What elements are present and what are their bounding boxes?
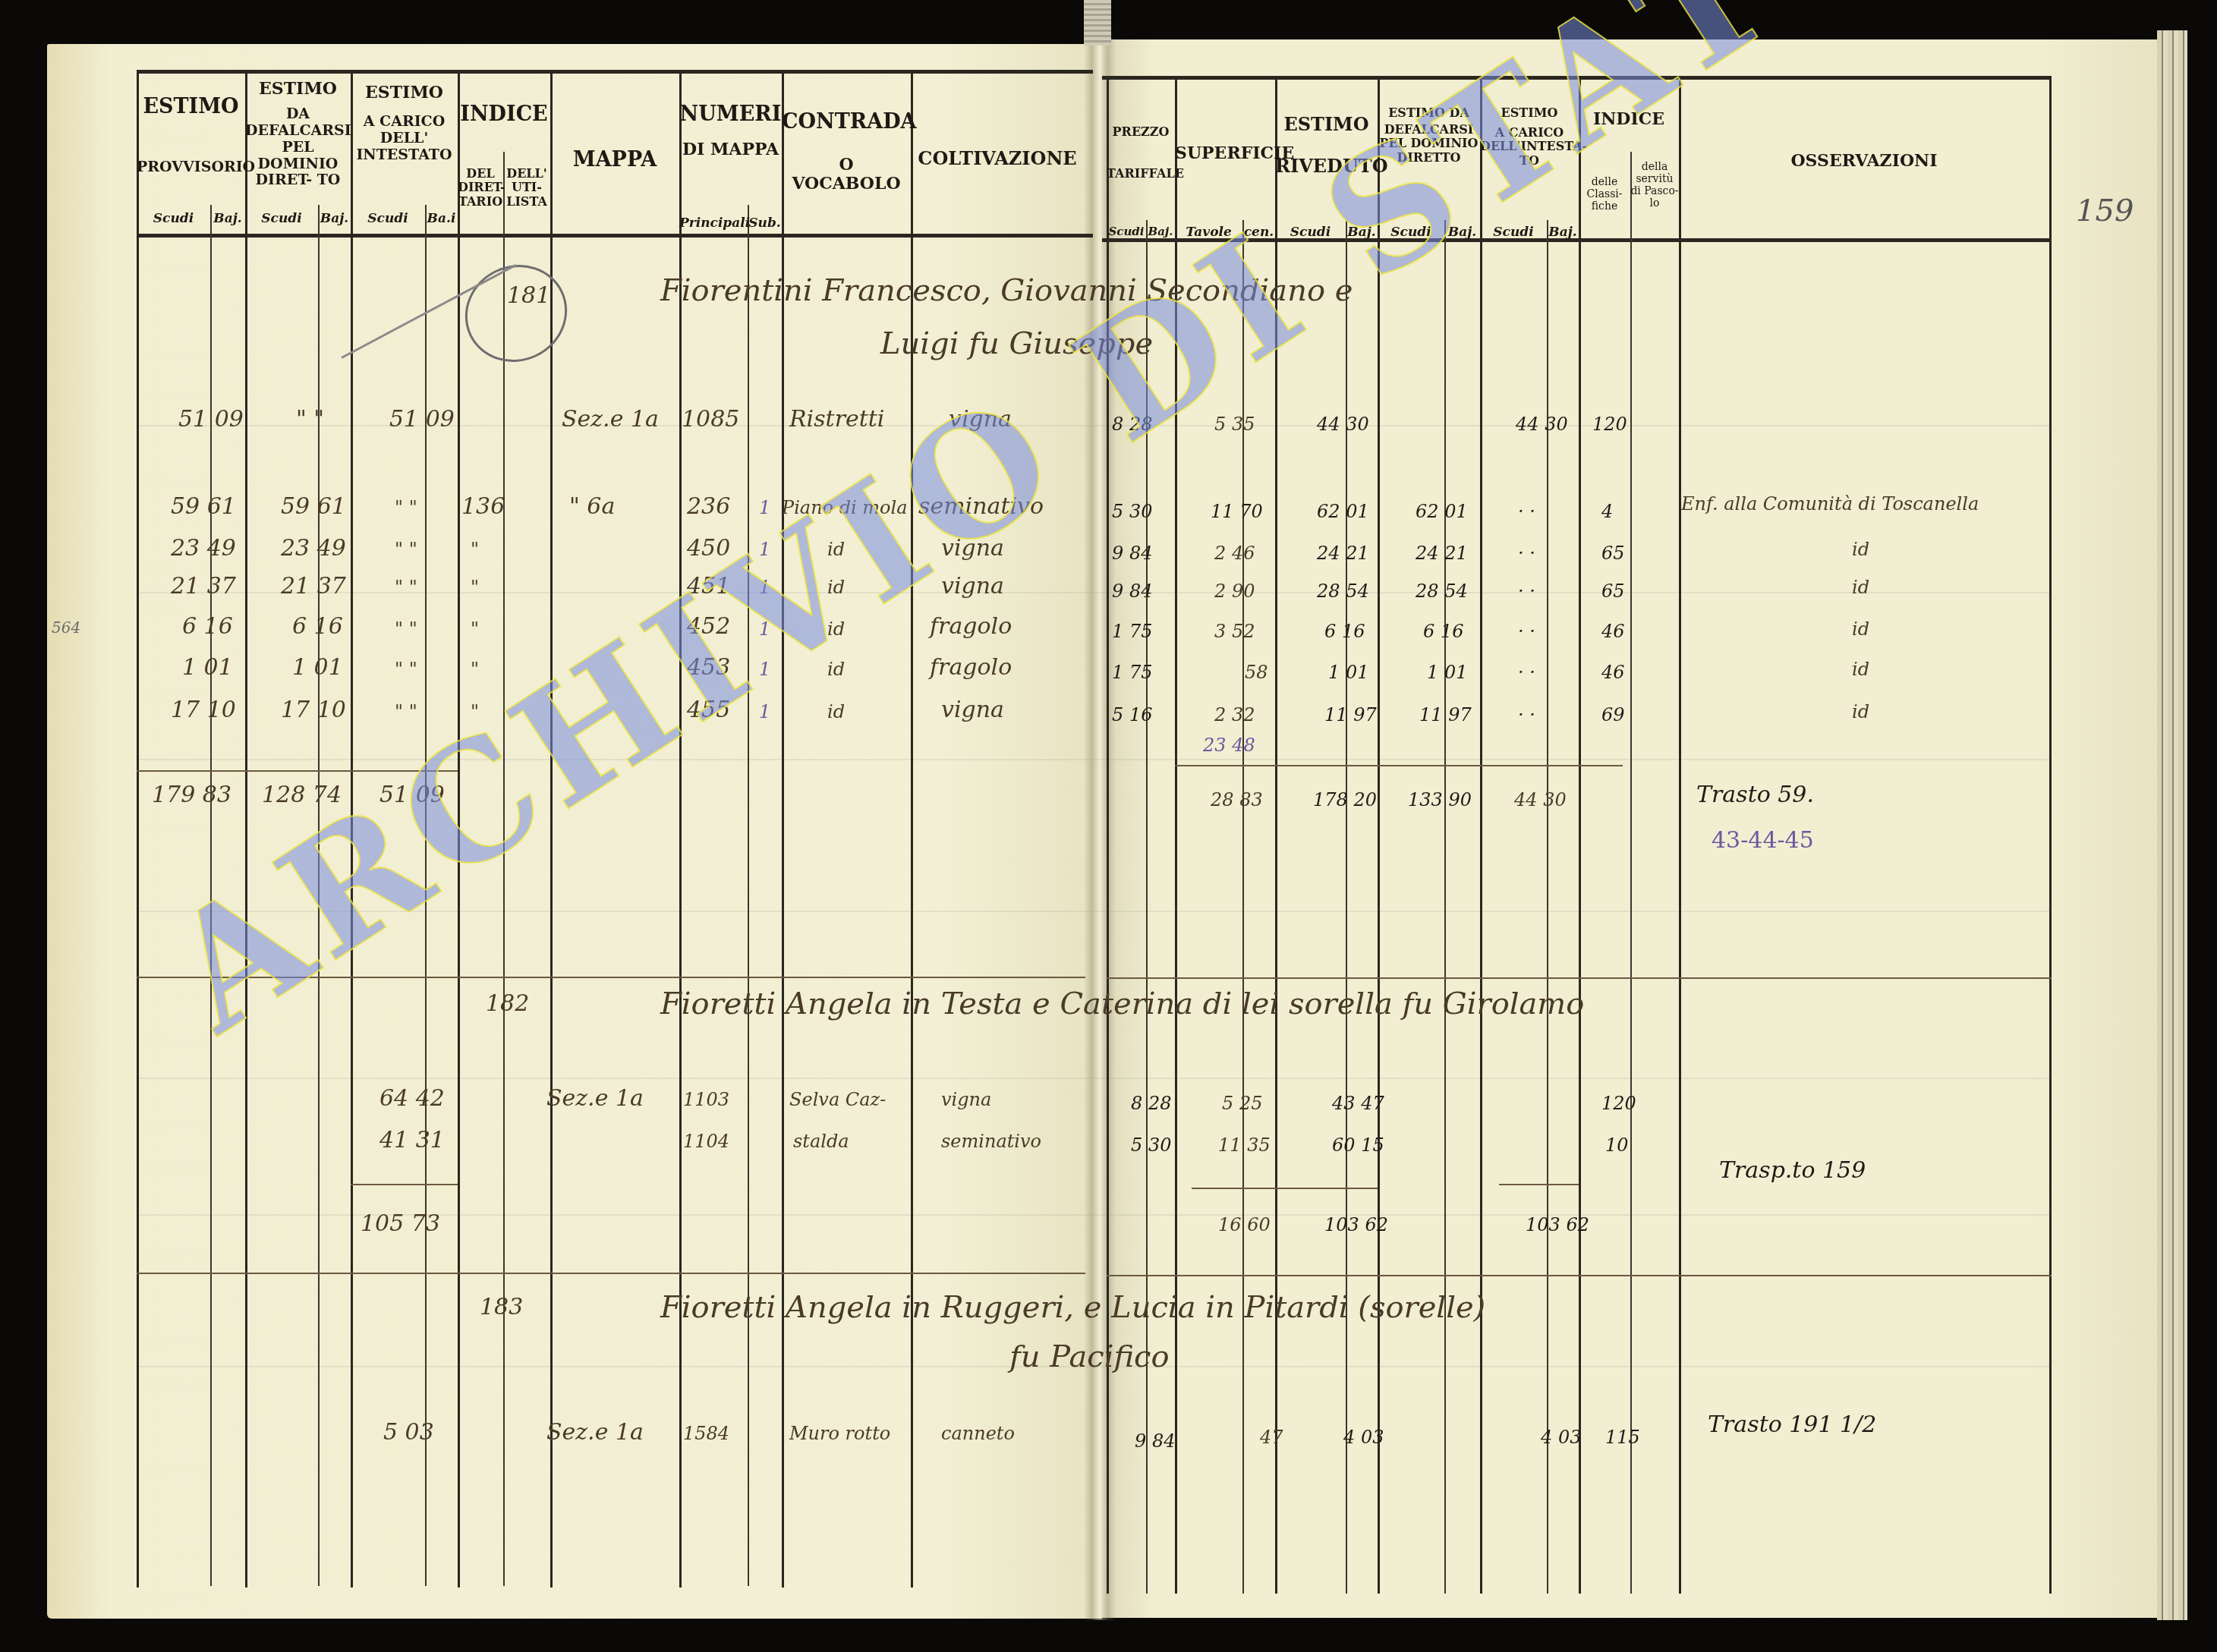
cell-mappa: Sez.e 1a (562, 406, 659, 433)
cell-estimo-dominio: 6 16 (1423, 621, 1463, 642)
cell-estimo-intestato: 4 03 (1541, 1427, 1581, 1448)
subcol-scudi: Scudi (1378, 225, 1444, 240)
cell-contrada: id (827, 577, 845, 598)
subcol-dell-utilista: DELL' UTI- LISTA (503, 167, 550, 209)
col-estimo-carico-subtitle: A CARICO DELL' INTESTATO (351, 114, 458, 164)
subcol-baj: Baj. (318, 211, 351, 226)
subcol-scudi: Scudi (1480, 225, 1547, 240)
cell-principali: 451 (687, 573, 730, 599)
subcol-scudi: Scudi (1107, 225, 1146, 238)
cell-estimo-riveduto: 44 30 (1317, 414, 1369, 435)
total-estimo-provvisorio: 179 83 (152, 782, 231, 808)
cell-estimo-carico: " " (395, 577, 417, 598)
cell-estimo-dominio: 1 01 (1427, 662, 1467, 683)
cell-estimo-riveduto: 24 21 (1317, 543, 1369, 564)
cell-sub: 1 (759, 577, 770, 598)
cell-estimo-provvisorio: 59 61 (171, 493, 236, 520)
cell-estimo-carico: " " (395, 539, 417, 560)
cell-principali: 1104 (683, 1131, 729, 1152)
cell-superficie: 11 70 (1211, 501, 1263, 522)
entry-divider (1107, 1275, 2052, 1276)
cell-superficie: 11 35 (1218, 1134, 1271, 1156)
cell-estimo-intestato: · · (1518, 704, 1535, 725)
cell-estimo-riveduto: 11 97 (1324, 704, 1377, 725)
cell-coltivazione: fragolo (930, 654, 1012, 681)
cell-classifiche: 46 (1601, 621, 1625, 642)
total-estimo-defalcarsi: 128 74 (262, 782, 342, 808)
binding-ribbon (1084, 0, 1111, 46)
cell-mappa: Sez.e 1a (546, 1085, 644, 1112)
cell-estimo-carico: 64 42 (379, 1085, 445, 1112)
cell-estimo-provvisorio: 51 09 (178, 406, 244, 433)
col-numeri-subtitle: DI MAPPA (679, 140, 782, 159)
subcol-scudi: Scudi (351, 211, 425, 226)
col-estimo-intestato-subtitle: A CARICO DELL'INTESTA- TO (1480, 126, 1579, 168)
cell-indice-direttario: 136 (461, 493, 505, 520)
cell-coltivazione: vigna (941, 697, 1004, 723)
col-estimo-dominio-subtitle: DEFALCARSI PEL DOMINIO DIRETTO (1378, 123, 1480, 165)
top-rule-left (137, 70, 1093, 74)
cell-estimo-carico: " " (395, 659, 417, 680)
cell-estimo-riveduto: 28 54 (1317, 581, 1369, 602)
cell-mappa: " 6a (569, 493, 615, 520)
cell-contrada: Piano di mola (782, 497, 908, 518)
cell-sub: 1 (759, 618, 770, 640)
entry-divider (1107, 977, 2052, 979)
cell-superficie: 47 (1260, 1427, 1283, 1448)
cell-coltivazione: seminativo (941, 1131, 1041, 1152)
note-trasporto: Trasto 59. (1696, 782, 1814, 808)
cell-coltivazione: canneto (941, 1423, 1015, 1444)
cell-estimo-defalcarsi: 23 49 (281, 535, 346, 562)
total-estimo-dominio: 133 90 (1408, 789, 1472, 810)
total-estimo-carico: 51 09 (379, 782, 445, 808)
cell-indice-direttario: " (471, 701, 479, 722)
cell-estimo-dominio: 24 21 (1416, 543, 1468, 564)
cell-contrada: id (827, 618, 845, 640)
cell-indice-direttario: " (471, 659, 479, 680)
cell-estimo-carico: 41 31 (379, 1127, 445, 1153)
owner-name: Fiorentini Francesco, Giovanni Secondian… (660, 273, 1353, 308)
col-indice-title: INDICE (458, 102, 550, 126)
cell-principali: 1085 (682, 406, 739, 433)
cell-indice-direttario: " (471, 539, 479, 560)
cell-superficie: 58 (1245, 662, 1268, 683)
cell-sub: 1 (759, 539, 770, 560)
note-trasporto: Trasto 191 1/2 (1708, 1411, 1876, 1438)
entry-number: 181 (507, 282, 550, 309)
owner-name: Fioretti Angela in Testa e Caterina di l… (660, 986, 1584, 1021)
cell-estimo-carico: " " (395, 618, 417, 640)
cell-sub: 1 (759, 497, 770, 518)
subcol-baj: Baj. (1146, 225, 1175, 238)
cell-estimo-dominio: 62 01 (1416, 501, 1468, 522)
cell-estimo-intestato: 44 30 (1516, 414, 1568, 435)
subcol-baj: Baj. (1547, 225, 1579, 240)
cell-estimo-defalcarsi: " " (296, 406, 324, 433)
cell-estimo-riveduto: 6 16 (1324, 621, 1365, 642)
cell-principali: 450 (687, 535, 730, 562)
cell-estimo-defalcarsi: 1 01 (292, 654, 343, 681)
cell-indice-direttario: " (471, 577, 479, 598)
cell-classifiche: 120 (1601, 1093, 1636, 1114)
cell-estimo-carico: 5 03 (383, 1419, 434, 1446)
total-superficie: 16 60 (1218, 1214, 1271, 1235)
cell-principali: 1103 (683, 1089, 729, 1110)
cell-mappa: Sez.e 1a (546, 1419, 644, 1446)
owner-name-line2: Luigi fu Giuseppe (880, 326, 1153, 361)
cell-estimo-riveduto: 43 47 (1332, 1093, 1384, 1114)
cell-prezzo: 9 84 (1135, 1430, 1175, 1452)
margin-note: 564 (52, 618, 80, 637)
cell-prezzo: 8 28 (1112, 414, 1152, 435)
col-contrada-subtitle: O VOCABOLO (782, 156, 911, 194)
subcol-baj: Baj. (1346, 225, 1378, 240)
col-estimo-defalcarsi-subtitle: DA DEFALCARSI PEL DOMINIO DIRET- TO (245, 106, 351, 189)
cell-prezzo: 8 28 (1131, 1093, 1171, 1114)
subcol-del-direttario: DEL DIRET- TARIO (458, 167, 503, 209)
cell-estimo-intestato: · · (1518, 501, 1535, 522)
cell-principali: 452 (687, 613, 730, 640)
col-estimo-intestato-title: ESTIMO (1480, 106, 1579, 120)
cell-classifiche: 115 (1605, 1427, 1640, 1448)
cell-osservazioni: id (1852, 618, 1869, 640)
cell-contrada: id (827, 539, 845, 560)
col-indice-right-title: INDICE (1579, 110, 1679, 129)
cell-estimo-provvisorio: 23 49 (171, 535, 236, 562)
cell-principali: 1584 (683, 1423, 729, 1444)
cell-estimo-dominio: 11 97 (1419, 704, 1472, 725)
subcol-baj: Baj. (1444, 225, 1480, 240)
subcol-classifiche: delle Classi- fiche (1579, 176, 1630, 212)
total-estimo-riveduto: 178 20 (1313, 789, 1377, 810)
note-pencil-numbers: 43-44-45 (1712, 827, 1814, 854)
cell-estimo-provvisorio: 1 01 (182, 654, 233, 681)
cell-prezzo: 1 75 (1112, 621, 1152, 642)
cell-superficie: 3 52 (1214, 621, 1255, 642)
subcol-tavole: Tavole (1175, 225, 1242, 240)
col-estimo-defalcarsi-title: ESTIMO (245, 80, 351, 99)
total-estimo-riveduto: 103 62 (1324, 1214, 1388, 1235)
cell-superficie: 2 46 (1214, 543, 1255, 564)
cell-contrada: Selva Caz- (789, 1089, 886, 1110)
cell-contrada: id (827, 659, 845, 680)
cell-coltivazione: vigna (941, 573, 1004, 599)
cell-estimo-provvisorio: 17 10 (171, 697, 236, 723)
cell-classifiche: 10 (1605, 1134, 1629, 1156)
col-prezzo-subtitle: TARIFFALE (1107, 167, 1175, 181)
total-superficie: 28 83 (1211, 789, 1263, 810)
cell-prezzo: 9 84 (1112, 581, 1152, 602)
cell-classifiche: 65 (1601, 543, 1625, 564)
col-estimo-carico-title: ESTIMO (351, 83, 458, 102)
cell-indice-direttario: " (471, 618, 479, 640)
col-coltivazione-title: COLTIVAZIONE (911, 148, 1084, 169)
cell-estimo-carico: " " (395, 701, 417, 722)
total-estimo-intestato: 103 62 (1526, 1214, 1589, 1235)
cell-contrada: Muro rotto (789, 1423, 890, 1444)
top-rule-right (1102, 76, 2051, 80)
cell-prezzo: 1 75 (1112, 662, 1152, 683)
cell-classifiche: 69 (1601, 704, 1625, 725)
cell-principali: 455 (687, 697, 730, 723)
entry-divider (137, 1273, 1085, 1274)
cell-coltivazione: vigna (941, 1089, 991, 1110)
subcol-principali: Principali (679, 216, 748, 231)
superficie-subtotal-note: 23 48 (1203, 735, 1255, 756)
cell-estimo-riveduto: 60 15 (1332, 1134, 1384, 1156)
subcol-scudi: Scudi (1275, 225, 1346, 240)
col-superficie-title: SUPERFICIE (1175, 144, 1275, 163)
cell-estimo-defalcarsi: 6 16 (292, 613, 343, 640)
cell-estimo-intestato: · · (1518, 543, 1535, 564)
total-estimo-carico: 105 73 (361, 1210, 440, 1237)
col-numeri-title: NUMERI (679, 102, 782, 126)
cell-estimo-dominio: 28 54 (1416, 581, 1468, 602)
cell-classifiche: 46 (1601, 662, 1625, 683)
cell-sub: 1 (759, 659, 770, 680)
cell-contrada: Ristretti (789, 406, 884, 433)
col-contrada-title: CONTRADA (782, 110, 911, 134)
cell-superficie: 5 35 (1214, 414, 1255, 435)
cell-superficie: 5 25 (1222, 1093, 1262, 1114)
subcol-baj: Baj. (210, 211, 245, 226)
folio-number: 159 (2076, 194, 2134, 228)
owner-name: Fioretti Angela in Ruggeri, e Lucia in P… (660, 1290, 1485, 1325)
cell-estimo-defalcarsi: 59 61 (281, 493, 346, 520)
cell-osservazioni: id (1852, 539, 1869, 560)
cell-estimo-riveduto: 4 03 (1343, 1427, 1384, 1448)
total-estimo-intestato: 44 30 (1514, 789, 1567, 810)
cell-estimo-carico: 51 09 (389, 406, 455, 433)
cell-coltivazione: vigna (941, 535, 1004, 562)
col-estimo-riveduto-title: ESTIMO (1275, 114, 1378, 135)
entry-number: 183 (480, 1294, 523, 1320)
header-bottom-rule-left (137, 234, 1093, 238)
cell-prezzo: 5 16 (1112, 704, 1152, 725)
cell-osservazioni: id (1852, 659, 1869, 680)
col-estimo-provvisorio-subtitle: PROVVISORIO (137, 159, 245, 176)
col-estimo-dominio-title: ESTIMO DA (1378, 106, 1480, 120)
cell-prezzo: 9 84 (1112, 543, 1152, 564)
cell-coltivazione: fragolo (930, 613, 1012, 640)
cell-classifiche: 65 (1601, 581, 1625, 602)
cell-estimo-provvisorio: 6 16 (182, 613, 233, 640)
cell-estimo-defalcarsi: 17 10 (281, 697, 346, 723)
entry-number: 182 (486, 990, 529, 1017)
cell-estimo-provvisorio: 21 37 (171, 573, 236, 599)
col-estimo-provvisorio-title: ESTIMO (137, 95, 245, 118)
col-prezzo-title: PREZZO (1107, 125, 1175, 139)
cell-coltivazione: vigna (949, 406, 1012, 433)
cell-estimo-carico: " " (395, 497, 417, 518)
cell-osservazioni: id (1852, 577, 1869, 598)
cell-estimo-riveduto: 62 01 (1317, 501, 1369, 522)
subcol-baj: Ba.i (425, 211, 458, 226)
owner-name-line2: fu Pacifico (1009, 1339, 1170, 1374)
col-osservazioni-title: OSSERVAZIONI (1679, 152, 2049, 171)
col-estimo-riveduto-subtitle: RIVEDUTO (1275, 156, 1378, 177)
subcol-scudi: Scudi (137, 211, 210, 226)
cell-superficie: 2 32 (1214, 704, 1255, 725)
note-trasporto: Trasp.to 159 (1719, 1157, 1866, 1184)
cell-coltivazione: seminativo (918, 493, 1044, 520)
cell-principali: 453 (687, 654, 730, 681)
cell-osservazioni: Enf. alla Comunità di Toscanella (1681, 493, 1979, 514)
subcol-cen: cen. (1242, 225, 1275, 240)
cell-osservazioni: id (1852, 701, 1869, 722)
cell-estimo-intestato: · · (1518, 581, 1535, 602)
cell-contrada: stalda (793, 1131, 849, 1152)
page-edges (2157, 30, 2187, 1620)
cell-estimo-defalcarsi: 21 37 (281, 573, 346, 599)
cell-classifiche: 4 (1601, 501, 1613, 522)
cell-sub: 1 (759, 701, 770, 722)
cell-estimo-riveduto: 1 01 (1328, 662, 1368, 683)
cell-prezzo: 5 30 (1131, 1134, 1171, 1156)
subcol-scudi: Scudi (245, 211, 318, 226)
subcol-sub: Sub. (748, 216, 782, 231)
cell-contrada: id (827, 701, 845, 722)
entry-divider (137, 977, 1085, 978)
cell-principali: 236 (687, 493, 730, 520)
cell-classifiche: 120 (1592, 414, 1627, 435)
cell-prezzo: 5 30 (1112, 501, 1152, 522)
col-mappa-title: MAPPA (550, 148, 679, 171)
cell-estimo-intestato: · · (1518, 662, 1535, 683)
cell-estimo-intestato: · · (1518, 621, 1535, 642)
cell-superficie: 2 90 (1214, 581, 1255, 602)
subcol-pascolo: della servitù di Pasco- lo (1630, 161, 1679, 209)
